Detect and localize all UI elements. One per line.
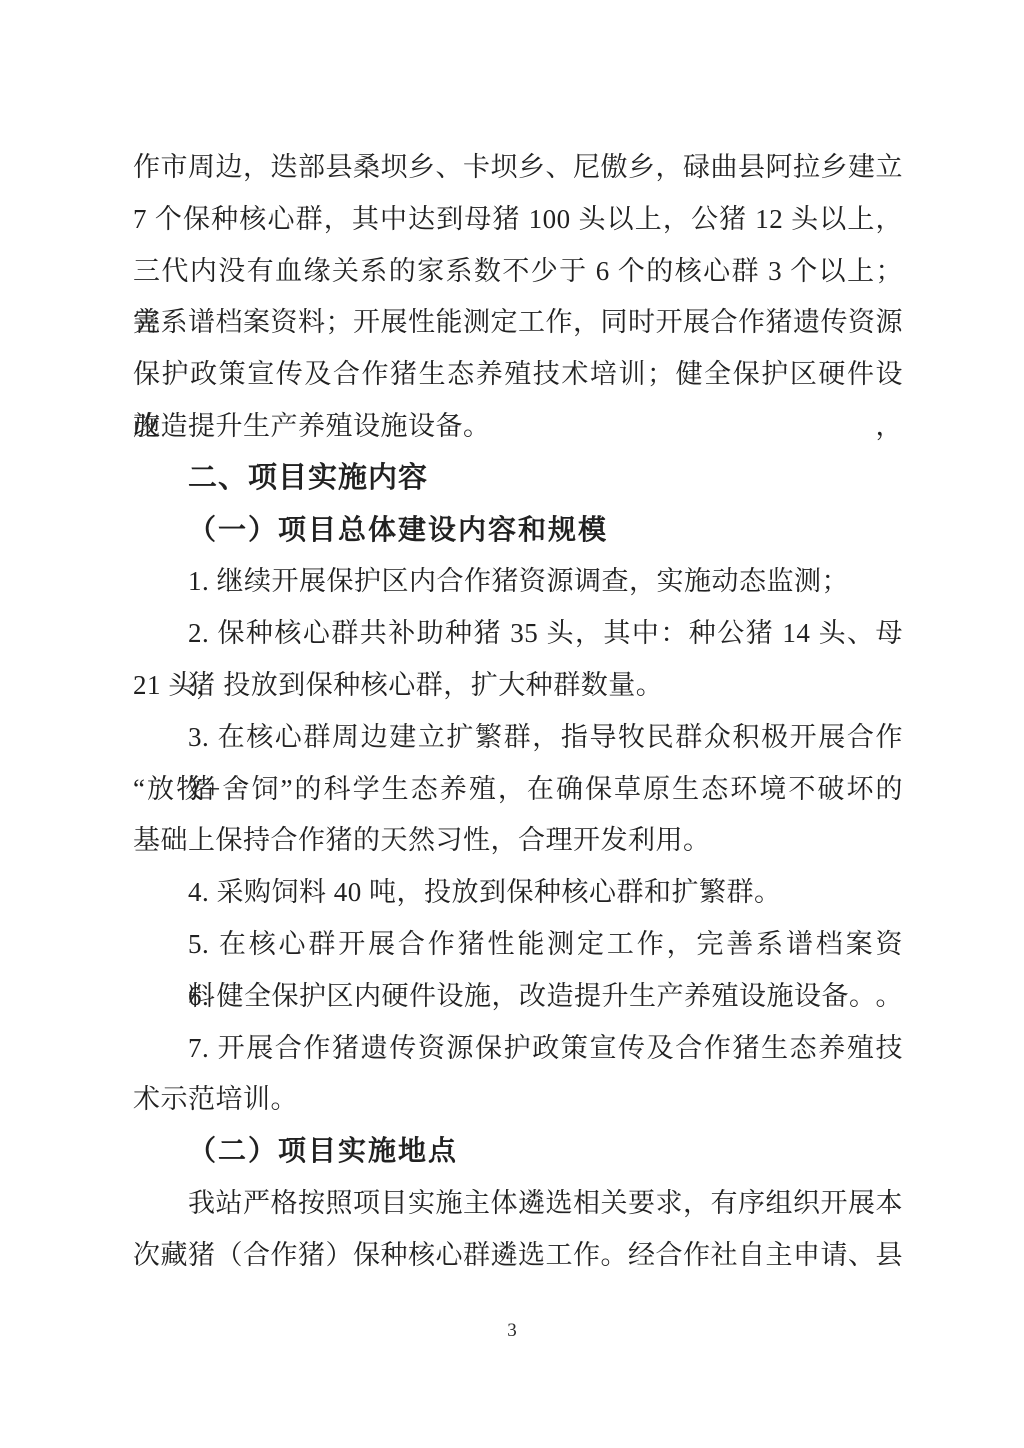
body-line: 术示范培训。 bbox=[133, 1074, 903, 1126]
body-line: 基础上保持合作猪的天然习性，合理开发利用。 bbox=[133, 815, 903, 867]
subsection-heading: （一）项目总体建设内容和规模 bbox=[133, 505, 903, 557]
body-line: 次藏猪（合作猪）保种核心群遴选工作。经合作社自主申请、县 bbox=[133, 1230, 903, 1282]
body-line: 21 头，投放到保种核心群，扩大种群数量。 bbox=[133, 660, 903, 712]
body-line: 保护政策宣传及合作猪生态养殖技术培训；健全保护区硬件设施， bbox=[133, 349, 903, 401]
body-line: 善系谱档案资料；开展性能测定工作，同时开展合作猪遗传资源 bbox=[133, 297, 903, 349]
document-page: 作市周边，迭部县桑坝乡、卡坝乡、尼傲乡，碌曲县阿拉乡建立 7 个保种核心群，其中… bbox=[0, 0, 1024, 1448]
list-item: 6. 健全保护区内硬件设施，改造提升生产养殖设施设备。 bbox=[133, 971, 903, 1023]
list-item: 2. 保种核心群共补助种猪 35 头，其中：种公猪 14 头、母猪 bbox=[133, 608, 903, 660]
subsection-heading: （二）项目实施地点 bbox=[133, 1126, 903, 1178]
list-item: 5. 在核心群开展合作猪性能测定工作，完善系谱档案资料。 bbox=[133, 919, 903, 971]
body-line: 作市周边，迭部县桑坝乡、卡坝乡、尼傲乡，碌曲县阿拉乡建立 bbox=[133, 142, 903, 194]
document-body: 作市周边，迭部县桑坝乡、卡坝乡、尼傲乡，碌曲县阿拉乡建立 7 个保种核心群，其中… bbox=[133, 142, 903, 1282]
list-item: 1. 继续开展保护区内合作猪资源调查，实施动态监测； bbox=[133, 556, 903, 608]
body-line: 我站严格按照项目实施主体遴选相关要求，有序组织开展本 bbox=[133, 1178, 903, 1230]
section-heading: 二、项目实施内容 bbox=[133, 453, 903, 505]
body-line: 7 个保种核心群，其中达到母猪 100 头以上，公猪 12 头以上， bbox=[133, 194, 903, 246]
page-number: 3 bbox=[0, 1318, 1024, 1344]
body-line: “放牧+舍饲”的科学生态养殖，在确保草原生态环境不破坏的 bbox=[133, 764, 903, 816]
list-item: 3. 在核心群周边建立扩繁群，指导牧民群众积极开展合作猪 bbox=[133, 712, 903, 764]
body-line: 三代内没有血缘关系的家系数不少于 6 个的核心群 3 个以上；完 bbox=[133, 246, 903, 298]
list-item: 7. 开展合作猪遗传资源保护政策宣传及合作猪生态养殖技 bbox=[133, 1023, 903, 1075]
list-item: 4. 采购饲料 40 吨，投放到保种核心群和扩繁群。 bbox=[133, 867, 903, 919]
